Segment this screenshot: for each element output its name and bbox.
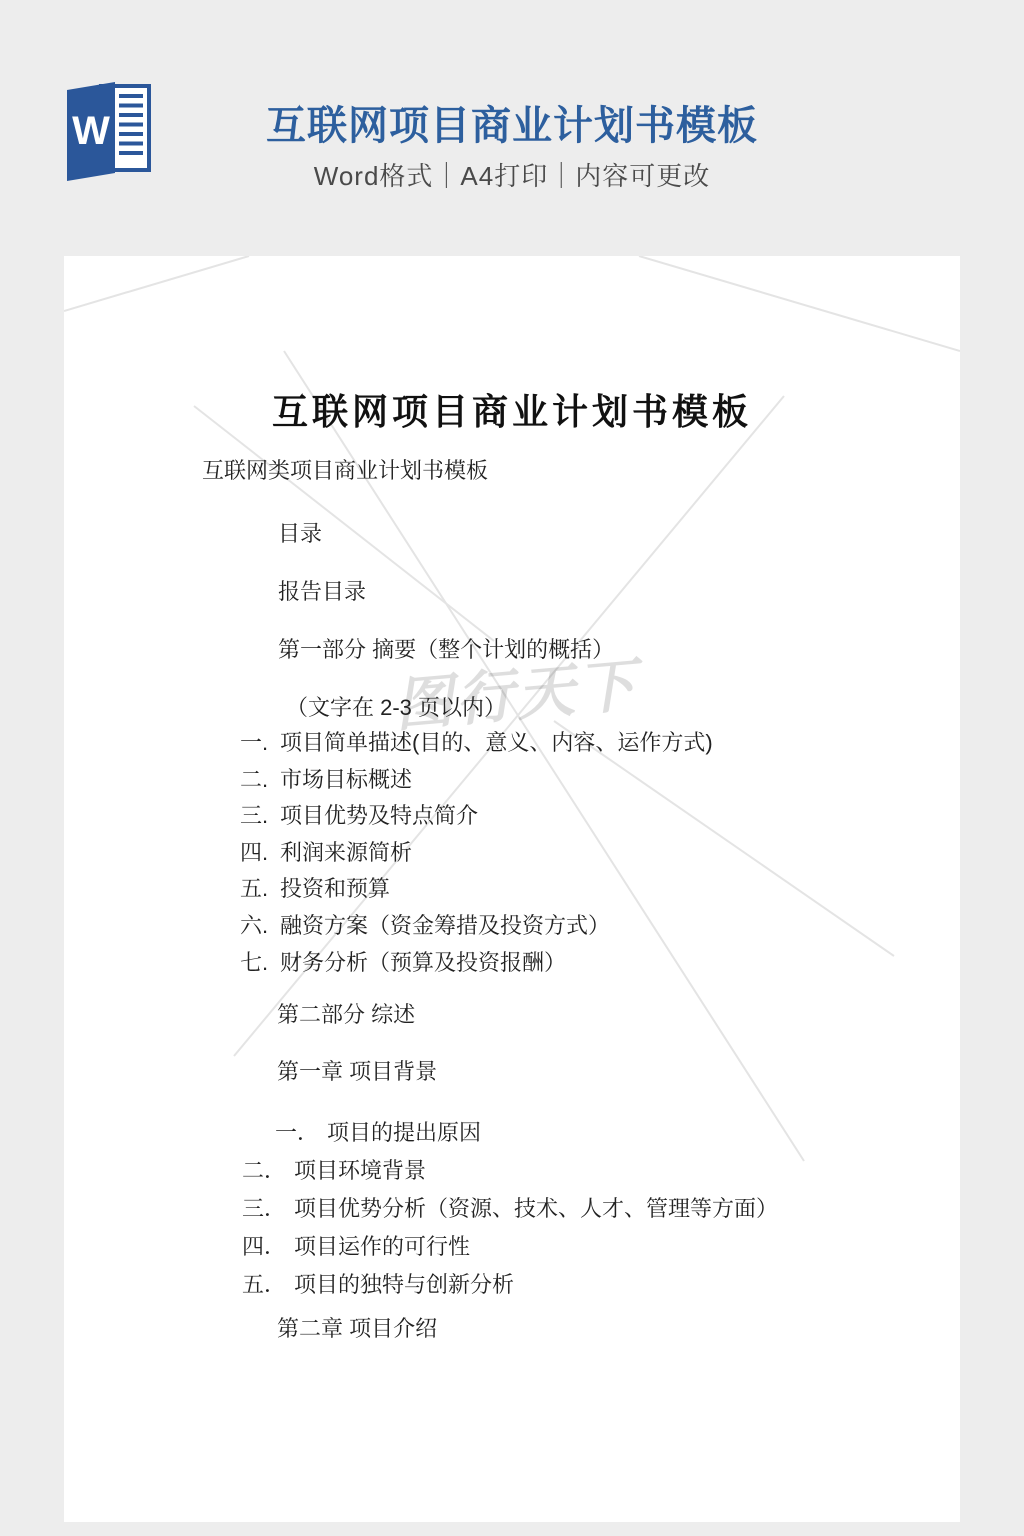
item-number: 二． — [242, 1154, 294, 1185]
item-text: 项目优势分析（资源、技术、人才、管理等方面） — [294, 1192, 778, 1223]
toc-heading: 目录 — [278, 521, 322, 546]
document-preview-page: 图行天下 互联网项目商业计划书模板 互联网类项目商业计划书模板 目录 报告目录 … — [64, 256, 960, 1522]
item-number: 二. — [240, 763, 270, 794]
item-text: 市场目标概述 — [280, 763, 412, 794]
list-item: 四. 利润来源简析 — [240, 836, 713, 873]
list-item: 三. 项目优势及特点简介 — [240, 799, 713, 836]
item-text: 项目简单描述(目的、意义、内容、运作方式) — [280, 726, 713, 757]
list-item: 五． 项目的独特与创新分析 — [242, 1268, 778, 1306]
part1-list: 一. 项目简单描述(目的、意义、内容、运作方式) 二. 市场目标概述 三. 项目… — [240, 726, 713, 982]
item-text: 项目环境背景 — [294, 1154, 426, 1185]
item-number: 四． — [242, 1230, 294, 1261]
item-number: 一． — [275, 1116, 327, 1147]
chapter1-heading: 第一章 项目背景 — [277, 1059, 437, 1084]
list-item: 七. 财务分析（预算及投资报酬） — [240, 946, 713, 983]
part2-heading: 第二部分 综述 — [277, 1002, 415, 1027]
report-toc-heading: 报告目录 — [278, 579, 366, 604]
list-item: 一． 项目的提出原因 — [275, 1116, 778, 1154]
page-header: W 互联网项目商业计划书模板 Word格式｜A4打印｜内容可更改 — [0, 0, 1024, 256]
list-item: 三． 项目优势分析（资源、技术、人才、管理等方面） — [242, 1192, 778, 1230]
item-text: 财务分析（预算及投资报酬） — [280, 946, 566, 977]
part2-list: 一． 项目的提出原因 二． 项目环境背景 三． 项目优势分析（资源、技术、人才、… — [242, 1116, 778, 1306]
item-number: 四. — [240, 836, 270, 867]
header-subtitle: Word格式｜A4打印｜内容可更改 — [0, 156, 1024, 193]
item-text: 项目运作的可行性 — [294, 1230, 470, 1261]
item-number: 三． — [242, 1192, 294, 1223]
list-item: 二. 市场目标概述 — [240, 763, 713, 800]
item-text: 利润来源简析 — [280, 836, 412, 867]
item-number: 五． — [242, 1268, 294, 1299]
item-number: 六. — [240, 909, 270, 940]
intro-line: 互联网类项目商业计划书模板 — [202, 458, 488, 483]
list-item: 二． 项目环境背景 — [242, 1154, 778, 1192]
item-number: 五. — [240, 872, 270, 903]
part1-heading: 第一部分 摘要（整个计划的概括） — [278, 637, 614, 662]
item-number: 一. — [240, 726, 270, 757]
item-text: 项目优势及特点简介 — [280, 799, 478, 830]
item-text: 项目的提出原因 — [327, 1116, 481, 1147]
document-title: 互联网项目商业计划书模板 — [64, 384, 960, 435]
item-text: 投资和预算 — [280, 872, 390, 903]
item-text: 融资方案（资金筹措及投资方式） — [280, 909, 610, 940]
item-text: 项目的独特与创新分析 — [294, 1268, 514, 1299]
header-title: 互联网项目商业计划书模板 — [0, 94, 1024, 151]
list-item: 六. 融资方案（资金筹措及投资方式） — [240, 909, 713, 946]
item-number: 七. — [240, 946, 270, 977]
list-item: 五. 投资和预算 — [240, 872, 713, 909]
list-item: 四． 项目运作的可行性 — [242, 1230, 778, 1268]
part1-note: （文字在 2-3 页以内） — [286, 695, 506, 720]
list-item: 一. 项目简单描述(目的、意义、内容、运作方式) — [240, 726, 713, 763]
chapter2-heading: 第二章 项目介绍 — [277, 1316, 437, 1341]
item-number: 三. — [240, 799, 270, 830]
